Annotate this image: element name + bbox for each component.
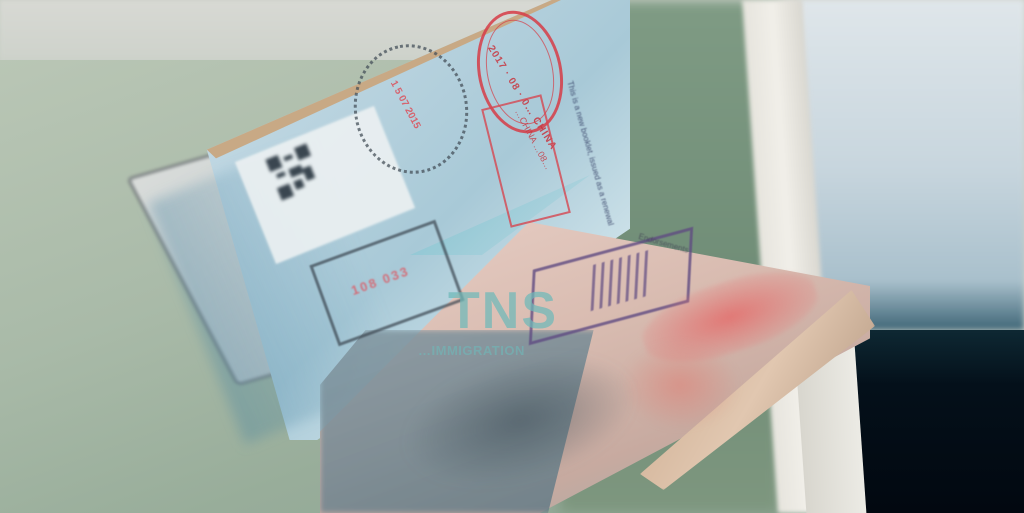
tns-watermark: TNS …IMMIGRATION (448, 285, 648, 337)
stamp-date: 1 5 07 2015 (388, 79, 423, 131)
watermark-subtitle: …IMMIGRATION (418, 343, 525, 358)
passport-photo: 1 5 07 2015 2017 · 08 · 0… CHINA …CHINA … (0, 0, 1024, 513)
watermark-logo: TNS (448, 285, 648, 337)
stamp-number: 108 033 (349, 263, 411, 298)
